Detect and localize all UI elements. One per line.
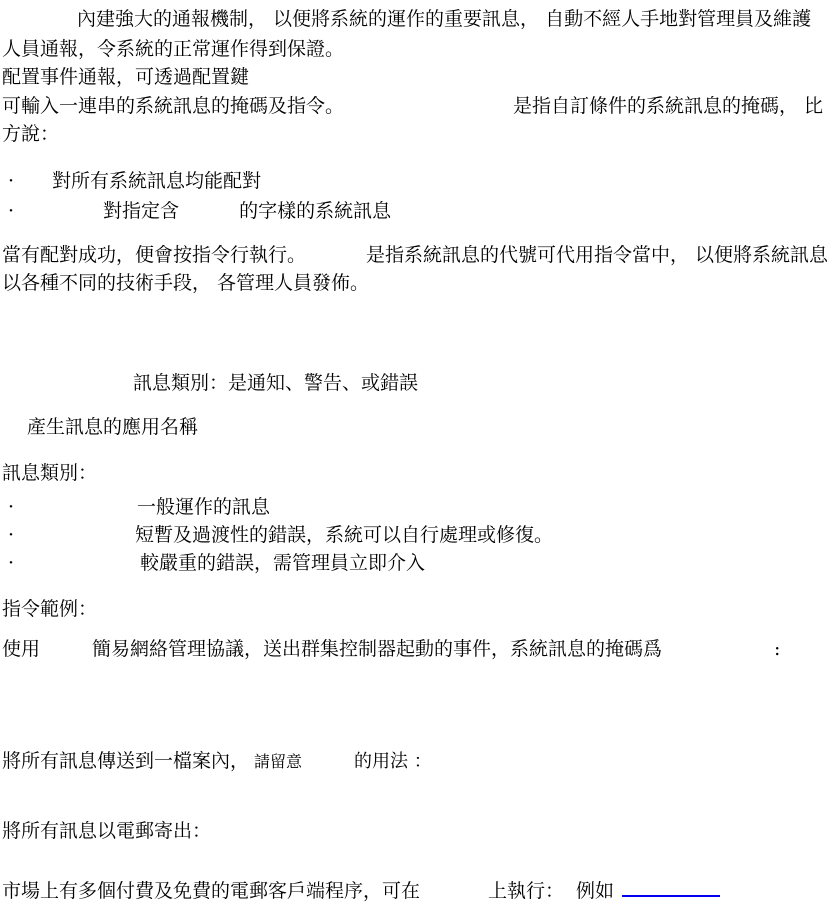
missing-text-gap — [306, 259, 366, 261]
missing-text-gap — [564, 895, 576, 897]
missing-text-gap — [14, 511, 137, 513]
missing-text-gap — [420, 895, 488, 897]
intro-line-1: 內建強大的通報機制， 以便將系統的運作的重要訊息， 自動不經人手地對管理員及維護 — [77, 8, 811, 31]
missing-text-gap — [614, 895, 622, 897]
field-category-desc: 訊息類別：是通知、警告、或錯誤 — [133, 372, 418, 395]
match-para-line-2: 以各種不同的技術手段， 各管理人員發佈。 — [2, 272, 369, 295]
intro-text-1: 內建強大的通報機制， 以便將系統的運作的重要訊息， 自動不經人手地對管理員及維護 — [77, 8, 811, 30]
bullet-item-match-string: ·對指定含的字樣的系統訊息 — [8, 200, 391, 223]
bullet-item-warning: ·短暫及過渡性的錯誤，系統可以自行處理或修復。 — [8, 524, 553, 547]
match-para-text-2: 以各種不同的技術手段， 各管理人員發佈。 — [2, 272, 369, 294]
example-snmp-line: 使用簡易網絡管理協議，送出群集控制器起動的事件，系統訊息的掩碼爲: — [2, 638, 780, 661]
bullet-icon: · — [8, 524, 14, 547]
example-snmp-colon: : — [774, 638, 780, 660]
config-line-2: 可輸入一連串的系統訊息的掩碼及指令。是指自訂條件的系統訊息的掩碼， 比 — [2, 95, 823, 118]
categories-heading-text: 訊息類別： — [2, 462, 97, 484]
bullet-item-info: ·一般運作的訊息 — [8, 496, 270, 519]
bullet-text-match-string-a: 對指定含 — [103, 200, 179, 222]
config-text-1: 配置事件通報，可透過配置鍵 — [2, 66, 249, 88]
config-line-3: 方說： — [2, 123, 59, 146]
example-market-text-c: 例如 — [576, 880, 614, 902]
config-text-2b: 是指自訂條件的系統訊息的掩碼， 比 — [513, 95, 823, 117]
field-appname-text: 產生訊息的應用名稱 — [27, 416, 198, 438]
example-file-text-b: 的用法 ： — [354, 751, 432, 772]
example-market-text-a: 市場上有多個付費及免費的電郵客戶端程序，可在 — [2, 880, 420, 902]
example-email-text: 將所有訊息以電郵寄出： — [2, 820, 211, 842]
missing-text-gap — [344, 110, 513, 112]
example-link[interactable] — [622, 880, 720, 897]
document-page: 內建強大的通報機制， 以便將系統的運作的重要訊息， 自動不經人手地對管理員及維護… — [0, 0, 834, 903]
example-snmp-text-a: 使用 — [2, 638, 40, 660]
bullet-text-warning: 短暫及過渡性的錯誤，系統可以自行處理或修復。 — [135, 524, 553, 546]
missing-text-gap — [14, 567, 140, 569]
field-appname-desc: 產生訊息的應用名稱 — [27, 416, 198, 439]
config-text-2a: 可輸入一連串的系統訊息的掩碼及指令。 — [2, 95, 344, 117]
bullet-indent-gap — [14, 185, 52, 187]
config-line-1: 配置事件通報，可透過配置鍵 — [2, 66, 249, 89]
bullet-item-error: ·較嚴重的錯誤，需管理員立即介入 — [8, 552, 425, 575]
bullet-icon: · — [8, 170, 14, 193]
bullet-text-match-all: 對所有系統訊息均能配對 — [52, 170, 261, 192]
match-para-text-1b: 是指系統訊息的代號可代用指令當中， 以便將系統訊息 — [366, 244, 828, 266]
match-para-text-1a: 當有配對成功，便會按指令行執行。 — [2, 244, 306, 266]
missing-text-gap — [662, 653, 774, 655]
example-email-line: 將所有訊息以電郵寄出： — [2, 820, 211, 843]
bullet-text-match-string-b: 的字樣的系統訊息 — [239, 200, 391, 222]
example-market-text-b: 上執行： — [488, 880, 564, 902]
example-file-text-a: 將所有訊息傳送到一檔案內， — [2, 750, 249, 772]
missing-text-gap — [302, 765, 354, 767]
match-para-line-1: 當有配對成功，便會按指令行執行。是指系統訊息的代號可代用指令當中， 以便將系統訊… — [2, 244, 828, 267]
missing-text-gap — [179, 215, 239, 217]
bullet-text-info: 一般運作的訊息 — [137, 496, 270, 518]
example-file-line: 將所有訊息傳送到一檔案內，請留意的用法 ： — [2, 750, 432, 773]
bullet-icon: · — [8, 496, 14, 519]
missing-text-gap — [40, 653, 92, 655]
example-snmp-text-b: 簡易網絡管理協議，送出群集控制器起動的事件，系統訊息的掩碼爲 — [92, 638, 662, 660]
intro-line-2: 人員通報，令系統的正常運作得到保證。 — [2, 38, 344, 61]
example-file-note: 請留意 — [254, 752, 302, 771]
bullet-icon: · — [8, 552, 14, 575]
bullet-indent-gap — [14, 215, 103, 217]
config-text-3: 方說： — [2, 123, 59, 145]
examples-heading-text: 指令範例： — [2, 598, 97, 620]
missing-text-gap — [14, 539, 135, 541]
bullet-icon: · — [8, 200, 14, 223]
bullet-item-match-all: ·對所有系統訊息均能配對 — [8, 170, 261, 193]
categories-heading: 訊息類別： — [2, 462, 97, 485]
examples-heading: 指令範例： — [2, 598, 97, 621]
bullet-text-error: 較嚴重的錯誤，需管理員立即介入 — [140, 552, 425, 574]
intro-text-2: 人員通報，令系統的正常運作得到保證。 — [2, 38, 344, 60]
field-category-text: 訊息類別：是通知、警告、或錯誤 — [133, 372, 418, 394]
example-market-line: 市場上有多個付費及免費的電郵客戶端程序，可在上執行：例如 — [2, 880, 720, 903]
